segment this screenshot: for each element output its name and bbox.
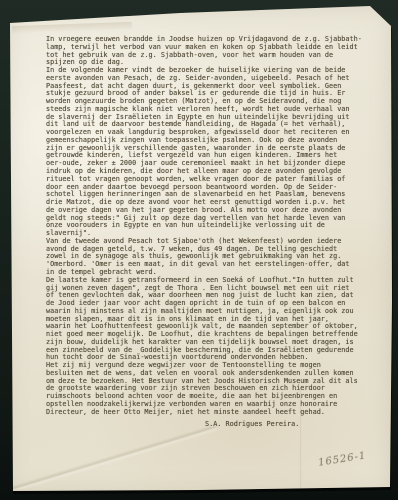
typed-lines: In vroegere eeuwen brandde in Joodse hui…: [46, 36, 380, 417]
typed-line: Directeur, de heer Otto Meijer, niet het…: [46, 409, 380, 417]
typed-text-block: In vroegere eeuwen brandde in Joodse hui…: [46, 36, 380, 428]
paper-crease: [7, 427, 219, 490]
typed-line: onze voorouders in Egypte en van hun uit…: [46, 222, 380, 230]
photo-background: In vroegere eeuwen brandde in Joodse hui…: [0, 0, 398, 500]
signature: S.A. Rodrigues Pereira.: [205, 421, 380, 429]
archive-number-annotation: 16526-1: [317, 450, 367, 468]
paper-crease: [12, 22, 132, 36]
document-page: In vroegere eeuwen brandde in Joodse hui…: [0, 0, 398, 500]
